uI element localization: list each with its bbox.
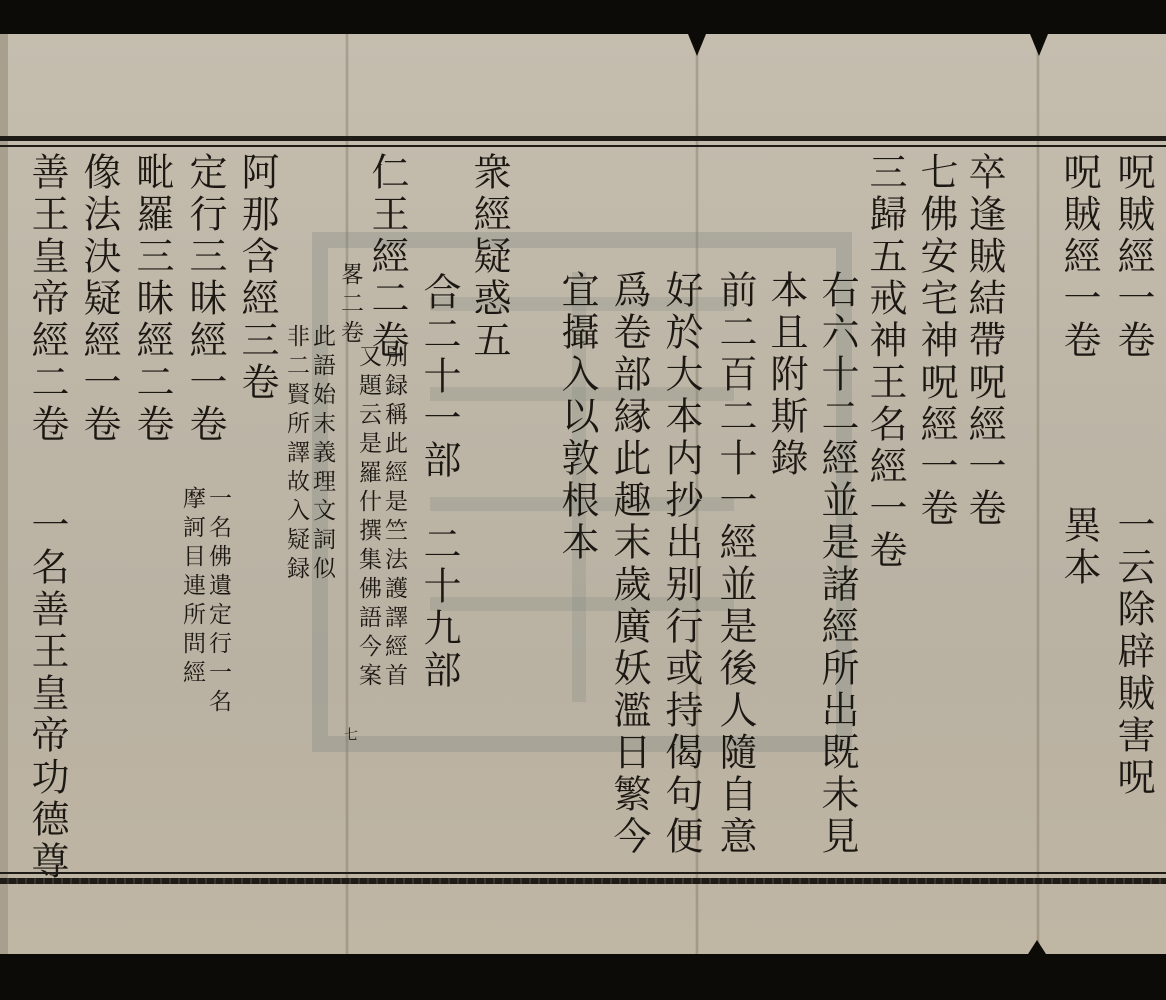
column-8: 前二百二十一經並是後人隨自意 xyxy=(716,270,754,858)
page-fold-left xyxy=(345,34,349,954)
column-5: 三歸五戒神王名經一卷 xyxy=(866,152,904,572)
column-9: 好於大本内抄出别行或持偈句便 xyxy=(662,270,700,858)
column-17-note-right: 一名佛遺定行一名 xyxy=(206,486,229,718)
top-notch-right xyxy=(1030,34,1048,56)
left-page-edge xyxy=(0,34,8,954)
column-20-title: 善王皇帝經二卷 xyxy=(28,152,66,446)
column-14-note-right: 別録稱此經是竺法護譯經首 xyxy=(382,344,405,692)
column-15-note-left: 非二賢所譯故入疑録 xyxy=(284,324,307,585)
page-number-mark: 七 xyxy=(343,727,357,742)
column-17-note-left: 摩訶目連所問經 xyxy=(180,486,203,689)
column-17-title: 定行三昧經一卷 xyxy=(186,152,224,446)
column-1-note: 一云除辟賊害呪 xyxy=(1114,505,1152,799)
column-2-title: 呪賊經一卷 xyxy=(1060,152,1098,362)
column-3: 卒逢賊結帶呪經一卷 xyxy=(965,152,1003,530)
column-1-title: 呪賊經一卷 xyxy=(1114,152,1152,362)
column-12-heading: 衆經疑惑五 xyxy=(470,152,508,362)
column-14-note-left: 又題云是羅什撰集佛語今案 xyxy=(356,344,379,692)
top-border-thin xyxy=(0,145,1166,147)
column-13-total: 合二十一部 二十九部 xyxy=(420,272,458,692)
bottom-border-thin xyxy=(0,872,1166,874)
top-notch xyxy=(688,34,706,56)
page-fold-right xyxy=(1036,34,1040,954)
column-20-note: 一名善王皇帝功德尊 xyxy=(28,505,66,883)
column-14-title: 仁王經二卷 xyxy=(368,152,406,362)
column-15-header: 畧二卷 xyxy=(338,262,361,349)
bottom-notch xyxy=(1028,940,1046,954)
column-16: 阿那含經三卷 xyxy=(238,152,276,404)
column-10: 爲卷部縁此趣末歲廣妖濫日繁今 xyxy=(610,270,648,858)
column-11: 宜攝入以敦根本 xyxy=(558,270,596,564)
column-6: 右六十二經並是諸經所出既未見 xyxy=(818,270,856,858)
column-15-note-right: 此語始末義理文詞似 xyxy=(310,324,333,585)
column-7: 本且附斯錄 xyxy=(767,270,805,480)
column-2-note: 異本 xyxy=(1060,505,1098,589)
column-19: 像法決疑經一卷 xyxy=(80,152,118,446)
column-4: 七佛安宅神呪經一卷 xyxy=(917,152,955,530)
top-border-thick xyxy=(0,136,1166,141)
bottom-border-thick xyxy=(0,878,1166,884)
column-18: 毗羅三昧經二卷 xyxy=(133,152,171,446)
